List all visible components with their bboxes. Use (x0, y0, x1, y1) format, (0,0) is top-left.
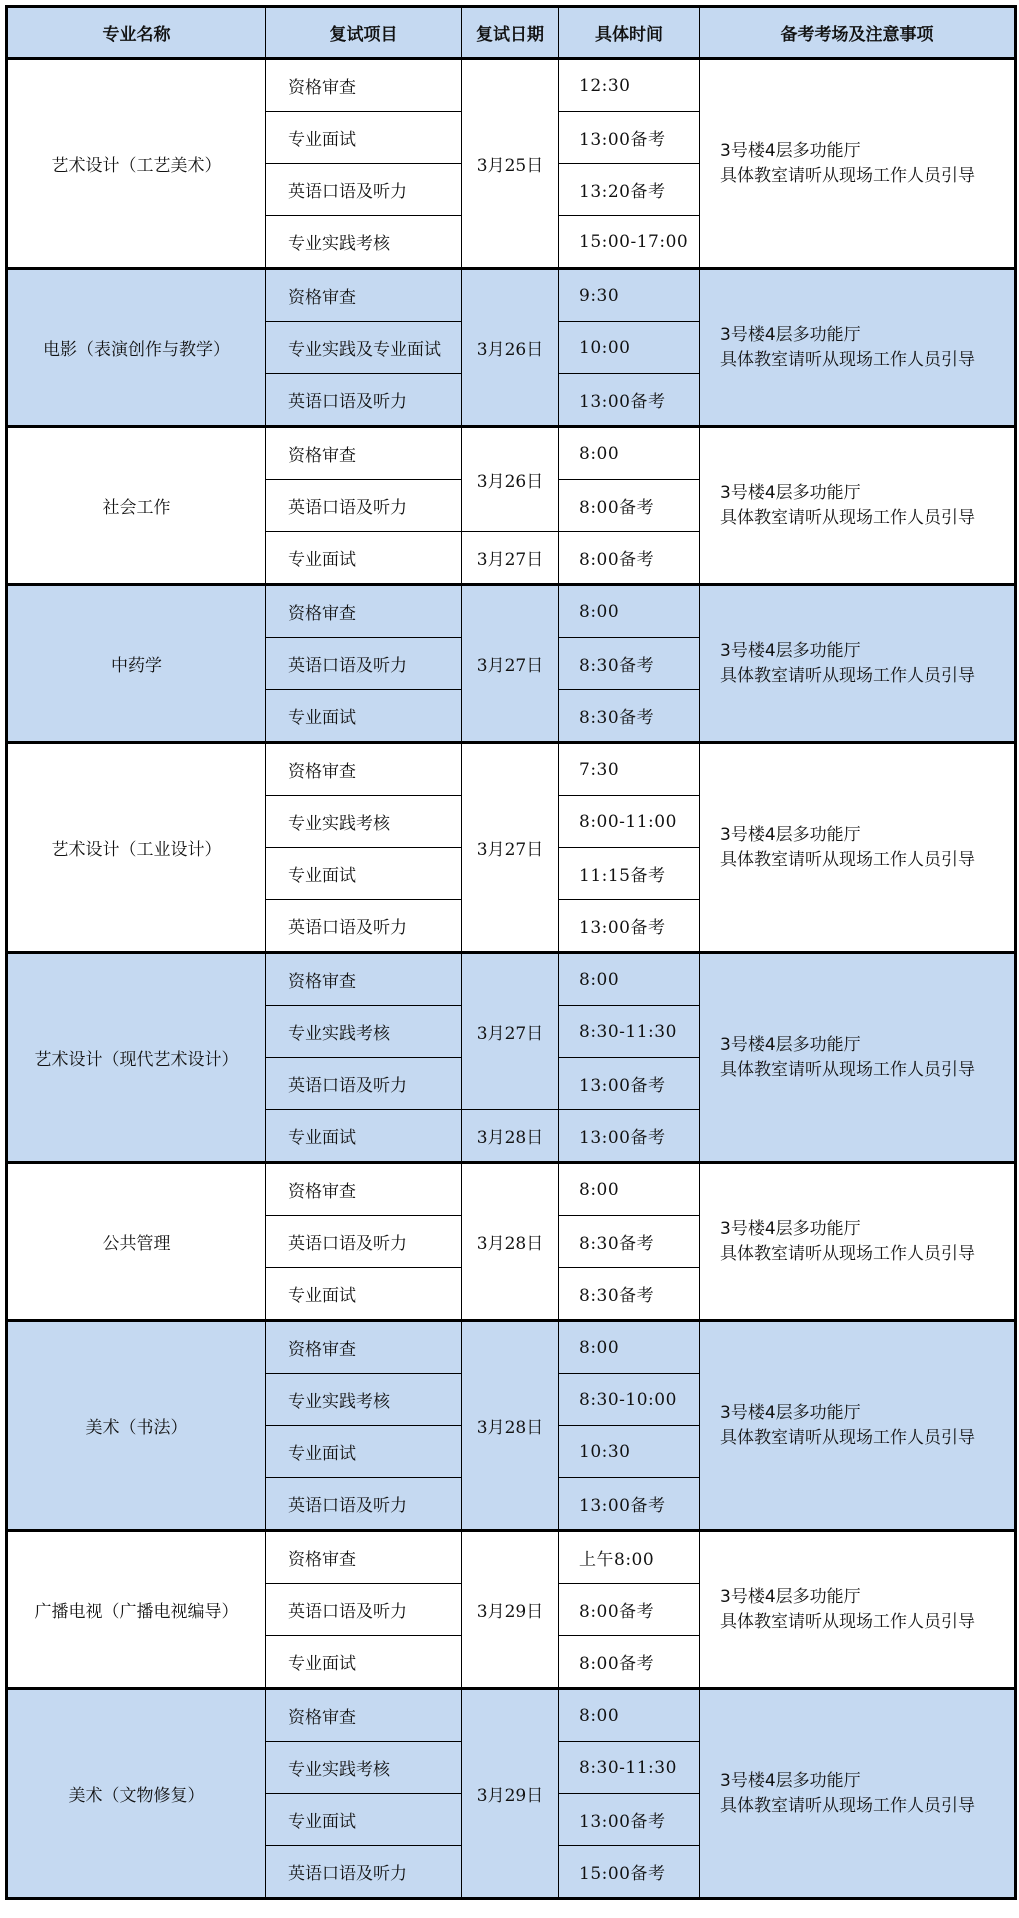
notes-cell: 3号楼4层多功能厅具体教室请听从现场工作人员引导 (700, 427, 1016, 585)
table-row: 艺术设计（工业设计）资格审查3月27日7:303号楼4层多功能厅具体教室请听从现… (7, 743, 1016, 796)
exam-date-cell: 3月26日 (462, 269, 559, 427)
exam-date-cell: 3月28日 (462, 1163, 559, 1321)
exam-item-cell: 英语口语及听力 (266, 638, 462, 690)
table-row: 公共管理资格审查3月28日8:003号楼4层多功能厅具体教室请听从现场工作人员引… (7, 1163, 1016, 1216)
exam-time-cell: 8:30备考 (559, 638, 700, 690)
table-row: 艺术设计（现代艺术设计）资格审查3月27日8:003号楼4层多功能厅具体教室请听… (7, 953, 1016, 1006)
header-item: 复试项目 (266, 7, 462, 59)
exam-location-text: 3号楼4层多功能厅 (720, 323, 1014, 348)
exam-date-cell: 3月29日 (462, 1689, 559, 1899)
header-date: 复试日期 (462, 7, 559, 59)
exam-item-cell: 专业实践及专业面试 (266, 322, 462, 374)
exam-date-cell: 3月29日 (462, 1531, 559, 1689)
exam-item-cell: 英语口语及听力 (266, 1216, 462, 1268)
guidance-text: 具体教室请听从现场工作人员引导 (720, 848, 1014, 873)
exam-time-cell: 13:00备考 (559, 1110, 700, 1163)
exam-item-cell: 资格审查 (266, 427, 462, 480)
exam-location-text: 3号楼4层多功能厅 (720, 481, 1014, 506)
exam-item-cell: 专业面试 (266, 1110, 462, 1163)
exam-item-cell: 专业实践考核 (266, 1374, 462, 1426)
notes-cell: 3号楼4层多功能厅具体教室请听从现场工作人员引导 (700, 1531, 1016, 1689)
guidance-text: 具体教室请听从现场工作人员引导 (720, 1426, 1014, 1451)
major-group: 艺术设计（工业设计）资格审查3月27日7:303号楼4层多功能厅具体教室请听从现… (7, 743, 1016, 953)
exam-time-cell: 7:30 (559, 743, 700, 796)
exam-location-text: 3号楼4层多功能厅 (720, 1033, 1014, 1058)
exam-item-cell: 资格审查 (266, 269, 462, 322)
exam-time-cell: 13:00备考 (559, 374, 700, 427)
major-name-cell: 中药学 (7, 585, 266, 743)
major-name-cell: 艺术设计（工艺美术） (7, 59, 266, 269)
header-notes: 备考考场及注意事项 (700, 7, 1016, 59)
guidance-text: 具体教室请听从现场工作人员引导 (720, 1610, 1014, 1635)
major-group: 艺术设计（现代艺术设计）资格审查3月27日8:003号楼4层多功能厅具体教室请听… (7, 953, 1016, 1163)
exam-time-cell: 15:00-17:00 (559, 216, 700, 269)
major-name-cell: 公共管理 (7, 1163, 266, 1321)
table-row: 广播电视（广播电视编导）资格审查3月29日上午8:003号楼4层多功能厅具体教室… (7, 1531, 1016, 1584)
exam-time-cell: 10:30 (559, 1426, 700, 1478)
exam-time-cell: 15:00备考 (559, 1846, 700, 1899)
exam-item-cell: 英语口语及听力 (266, 1478, 462, 1531)
exam-time-cell: 8:00 (559, 1163, 700, 1216)
major-name-cell: 电影（表演创作与教学） (7, 269, 266, 427)
exam-time-cell: 8:30备考 (559, 1268, 700, 1321)
exam-date-cell: 3月25日 (462, 59, 559, 269)
exam-time-cell: 8:30-11:30 (559, 1742, 700, 1794)
guidance-text: 具体教室请听从现场工作人员引导 (720, 1794, 1014, 1819)
exam-location-text: 3号楼4层多功能厅 (720, 639, 1014, 664)
exam-item-cell: 专业实践考核 (266, 216, 462, 269)
guidance-text: 具体教室请听从现场工作人员引导 (720, 506, 1014, 531)
exam-item-cell: 资格审查 (266, 1689, 462, 1742)
exam-location-text: 3号楼4层多功能厅 (720, 1769, 1014, 1794)
exam-time-cell: 8:00 (559, 953, 700, 1006)
guidance-text: 具体教室请听从现场工作人员引导 (720, 664, 1014, 689)
guidance-text: 具体教室请听从现场工作人员引导 (720, 1242, 1014, 1267)
exam-time-cell: 8:00 (559, 1321, 700, 1374)
exam-time-cell: 8:00备考 (559, 1584, 700, 1636)
exam-time-cell: 8:00 (559, 427, 700, 480)
guidance-text: 具体教室请听从现场工作人员引导 (720, 164, 1014, 189)
table-row: 电影（表演创作与教学）资格审查3月26日9:303号楼4层多功能厅具体教室请听从… (7, 269, 1016, 322)
exam-item-cell: 专业面试 (266, 1794, 462, 1846)
exam-item-cell: 专业面试 (266, 532, 462, 585)
exam-date-cell: 3月27日 (462, 953, 559, 1110)
exam-location-text: 3号楼4层多功能厅 (720, 139, 1014, 164)
exam-time-cell: 8:00备考 (559, 532, 700, 585)
notes-cell: 3号楼4层多功能厅具体教室请听从现场工作人员引导 (700, 953, 1016, 1163)
exam-time-cell: 11:15备考 (559, 848, 700, 900)
header-time: 具体时间 (559, 7, 700, 59)
major-name-cell: 艺术设计（现代艺术设计） (7, 953, 266, 1163)
header-major: 专业名称 (7, 7, 266, 59)
table-row: 社会工作资格审查3月26日8:003号楼4层多功能厅具体教室请听从现场工作人员引… (7, 427, 1016, 480)
exam-date-cell: 3月28日 (462, 1321, 559, 1531)
header-row: 专业名称 复试项目 复试日期 具体时间 备考考场及注意事项 (7, 7, 1016, 59)
exam-item-cell: 资格审查 (266, 1163, 462, 1216)
exam-time-cell: 12:30 (559, 59, 700, 112)
notes-cell: 3号楼4层多功能厅具体教室请听从现场工作人员引导 (700, 743, 1016, 953)
exam-time-cell: 8:00-11:00 (559, 796, 700, 848)
exam-date-cell: 3月28日 (462, 1110, 559, 1163)
notes-cell: 3号楼4层多功能厅具体教室请听从现场工作人员引导 (700, 1689, 1016, 1899)
exam-item-cell: 资格审查 (266, 953, 462, 1006)
table-row: 艺术设计（工艺美术）资格审查3月25日12:303号楼4层多功能厅具体教室请听从… (7, 59, 1016, 112)
notes-cell: 3号楼4层多功能厅具体教室请听从现场工作人员引导 (700, 1321, 1016, 1531)
notes-cell: 3号楼4层多功能厅具体教室请听从现场工作人员引导 (700, 59, 1016, 269)
major-name-cell: 社会工作 (7, 427, 266, 585)
exam-item-cell: 资格审查 (266, 59, 462, 112)
exam-location-text: 3号楼4层多功能厅 (720, 1217, 1014, 1242)
exam-item-cell: 英语口语及听力 (266, 164, 462, 216)
exam-item-cell: 专业面试 (266, 690, 462, 743)
exam-item-cell: 专业实践考核 (266, 1006, 462, 1058)
exam-item-cell: 资格审查 (266, 585, 462, 638)
exam-item-cell: 资格审查 (266, 1321, 462, 1374)
exam-date-cell: 3月27日 (462, 532, 559, 585)
exam-date-cell: 3月26日 (462, 427, 559, 532)
exam-item-cell: 专业实践考核 (266, 1742, 462, 1794)
exam-time-cell: 9:30 (559, 269, 700, 322)
exam-item-cell: 专业面试 (266, 1636, 462, 1689)
major-name-cell: 美术（文物修复） (7, 1689, 266, 1899)
exam-time-cell: 10:00 (559, 322, 700, 374)
exam-time-cell: 8:30-10:00 (559, 1374, 700, 1426)
exam-time-cell: 8:30备考 (559, 690, 700, 743)
major-name-cell: 艺术设计（工业设计） (7, 743, 266, 953)
exam-location-text: 3号楼4层多功能厅 (720, 1585, 1014, 1610)
exam-time-cell: 13:00备考 (559, 900, 700, 953)
exam-item-cell: 英语口语及听力 (266, 480, 462, 532)
notes-cell: 3号楼4层多功能厅具体教室请听从现场工作人员引导 (700, 1163, 1016, 1321)
exam-item-cell: 专业面试 (266, 848, 462, 900)
exam-time-cell: 13:00备考 (559, 1478, 700, 1531)
table-row: 美术（书法）资格审查3月28日8:003号楼4层多功能厅具体教室请听从现场工作人… (7, 1321, 1016, 1374)
exam-time-cell: 8:30-11:30 (559, 1006, 700, 1058)
major-group: 社会工作资格审查3月26日8:003号楼4层多功能厅具体教室请听从现场工作人员引… (7, 427, 1016, 585)
notes-cell: 3号楼4层多功能厅具体教室请听从现场工作人员引导 (700, 585, 1016, 743)
exam-location-text: 3号楼4层多功能厅 (720, 823, 1014, 848)
major-group: 艺术设计（工艺美术）资格审查3月25日12:303号楼4层多功能厅具体教室请听从… (7, 59, 1016, 269)
exam-time-cell: 13:00备考 (559, 112, 700, 164)
exam-date-cell: 3月27日 (462, 743, 559, 953)
major-group: 电影（表演创作与教学）资格审查3月26日9:303号楼4层多功能厅具体教室请听从… (7, 269, 1016, 427)
exam-time-cell: 8:00备考 (559, 1636, 700, 1689)
exam-item-cell: 专业面试 (266, 112, 462, 164)
retest-schedule-table: 专业名称 复试项目 复试日期 具体时间 备考考场及注意事项 艺术设计（工艺美术）… (5, 5, 1017, 1900)
notes-cell: 3号楼4层多功能厅具体教室请听从现场工作人员引导 (700, 269, 1016, 427)
exam-time-cell: 13:00备考 (559, 1058, 700, 1110)
exam-time-cell: 8:30备考 (559, 1216, 700, 1268)
exam-item-cell: 专业面试 (266, 1426, 462, 1478)
major-name-cell: 美术（书法） (7, 1321, 266, 1531)
major-group: 中药学资格审查3月27日8:003号楼4层多功能厅具体教室请听从现场工作人员引导… (7, 585, 1016, 743)
exam-time-cell: 8:00 (559, 1689, 700, 1742)
exam-item-cell: 资格审查 (266, 743, 462, 796)
exam-item-cell: 专业面试 (266, 1268, 462, 1321)
guidance-text: 具体教室请听从现场工作人员引导 (720, 1058, 1014, 1083)
table-row: 中药学资格审查3月27日8:003号楼4层多功能厅具体教室请听从现场工作人员引导 (7, 585, 1016, 638)
exam-item-cell: 英语口语及听力 (266, 900, 462, 953)
exam-item-cell: 资格审查 (266, 1531, 462, 1584)
exam-item-cell: 英语口语及听力 (266, 1584, 462, 1636)
exam-time-cell: 上午8:00 (559, 1531, 700, 1584)
exam-item-cell: 英语口语及听力 (266, 1846, 462, 1899)
exam-time-cell: 13:20备考 (559, 164, 700, 216)
exam-location-text: 3号楼4层多功能厅 (720, 1401, 1014, 1426)
major-group: 美术（书法）资格审查3月28日8:003号楼4层多功能厅具体教室请听从现场工作人… (7, 1321, 1016, 1531)
major-group: 公共管理资格审查3月28日8:003号楼4层多功能厅具体教室请听从现场工作人员引… (7, 1163, 1016, 1321)
exam-time-cell: 8:00 (559, 585, 700, 638)
exam-time-cell: 8:00备考 (559, 480, 700, 532)
major-name-cell: 广播电视（广播电视编导） (7, 1531, 266, 1689)
major-group: 美术（文物修复）资格审查3月29日8:003号楼4层多功能厅具体教室请听从现场工… (7, 1689, 1016, 1899)
exam-date-cell: 3月27日 (462, 585, 559, 743)
exam-item-cell: 专业实践考核 (266, 796, 462, 848)
guidance-text: 具体教室请听从现场工作人员引导 (720, 348, 1014, 373)
major-group: 广播电视（广播电视编导）资格审查3月29日上午8:003号楼4层多功能厅具体教室… (7, 1531, 1016, 1689)
exam-item-cell: 英语口语及听力 (266, 374, 462, 427)
exam-time-cell: 13:00备考 (559, 1794, 700, 1846)
table-row: 美术（文物修复）资格审查3月29日8:003号楼4层多功能厅具体教室请听从现场工… (7, 1689, 1016, 1742)
exam-item-cell: 英语口语及听力 (266, 1058, 462, 1110)
